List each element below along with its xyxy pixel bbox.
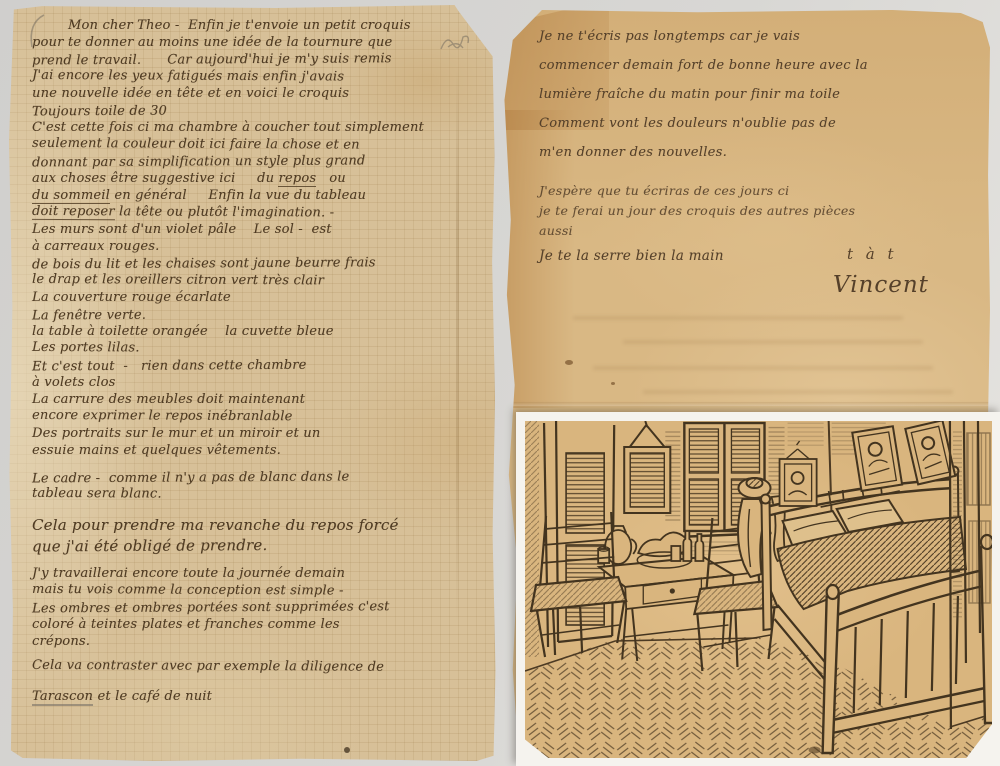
sketch-door <box>544 421 614 647</box>
handwriting-line: J'ai encore les yeux fatigués mais enfin… <box>32 67 484 86</box>
handwriting-line: aux choses être suggestive ici du repos … <box>32 170 484 187</box>
handwriting-line: une nouvelle idée en tête et en voici le… <box>32 85 484 102</box>
handwriting-line: Les murs sont d'un violet pâle Le sol - … <box>32 221 484 238</box>
handwriting-line: La fenêtre verte. <box>32 305 484 325</box>
handwriting-line: lumière fraîche du matin pour finir ma t… <box>539 80 978 109</box>
ink-bleedthrough <box>593 366 933 370</box>
pencil-underlined-word: Tarascon <box>32 689 93 706</box>
letter-scan: Mon cher Theo - Enfin je t'envoie un pet… <box>0 0 1000 766</box>
handwriting-line: C'est cette fois ci ma chambre à coucher… <box>32 119 484 136</box>
handwriting-line: Comment vont les douleurs n'oublie pas d… <box>539 109 978 138</box>
fold-crease <box>503 402 990 406</box>
signature-block: t à t Vincent <box>833 244 929 300</box>
handwriting-line: La carrure des meubles doit maintenant <box>32 391 484 408</box>
ink-spot <box>344 747 350 753</box>
signoff-tat: t à t <box>847 244 929 264</box>
handwriting-line: Tarascon et le café de nuit <box>32 688 484 705</box>
handwriting-line: tableau sera blanc. <box>32 485 484 504</box>
sketch-portrait-tilted-2 <box>905 421 955 484</box>
handwriting-line: J'y travaillerai encore toute la journée… <box>32 565 484 582</box>
handwriting-line: doit reposer la tête ou plutôt l'imagina… <box>32 203 484 222</box>
bedroom-sketch-drawing <box>525 421 992 758</box>
sketch-hanging-frame <box>624 421 670 513</box>
paper-stain <box>565 360 573 365</box>
underlined-word: repos <box>278 171 316 187</box>
handwriting-line: Cela pour prendre ma revanche du repos f… <box>32 515 484 535</box>
sketch-portrait-tilted-1 <box>852 426 902 491</box>
handwriting-line: coloré à teintes plates et franches comm… <box>32 616 484 633</box>
letter-paragraph: J'espère que tu écriras de ces jours ci … <box>539 181 978 241</box>
handwriting-line: J'espère que tu écriras de ces jours ci <box>539 181 978 201</box>
handwriting-line: encore exprimer le repos inébranlable <box>32 407 484 426</box>
handwriting-segment: la tête ou plutôt l'imagination. - <box>115 204 335 220</box>
handwriting-line: Cela va contraster avec par exemple la d… <box>32 657 484 676</box>
handwriting-line: donnant par sa simplification un style p… <box>32 152 484 172</box>
sketch-floor-smudge <box>809 747 821 754</box>
underlined-word: doit reposer <box>32 204 115 220</box>
letter-text-page1: Mon cher Theo - Enfin je t'envoie un pet… <box>32 17 484 705</box>
handwriting-line: essuie mains et quelques vêtements. <box>32 442 484 459</box>
handwriting-segment: en général Enfin la vue du tableau <box>110 188 366 203</box>
handwriting-line: Toujours toile de 30 <box>32 101 484 121</box>
handwriting-segment: ou <box>316 171 346 186</box>
handwriting-line: pour te donner au moins une idée de la t… <box>32 34 484 51</box>
handwriting-segment: aux choses être suggestive ici du <box>32 171 278 186</box>
handwriting-line: du sommeil en général Enfin la vue du ta… <box>32 187 484 204</box>
handwriting-line: commencer demain fort de bonne heure ave… <box>539 51 978 80</box>
sketch-floor <box>525 637 992 758</box>
handwriting-line: La couverture rouge écarlate <box>32 289 484 306</box>
handwriting-line: Des portraits sur le mur et un miroir et… <box>32 425 484 442</box>
handwriting-line: Mon cher Theo - Enfin je t'envoie un pet… <box>68 17 484 34</box>
handwriting-line: à carreaux rouges. <box>32 238 484 255</box>
sketch-portrait-small <box>780 441 817 506</box>
handwriting-line: le drap et les oreillers citron vert trè… <box>32 271 484 290</box>
ink-bleedthrough <box>623 340 923 344</box>
handwriting-line: je te ferai un jour des croquis des autr… <box>539 201 978 221</box>
handwriting-line: aussi <box>539 221 978 241</box>
handwriting-line: Les ombres et ombres portées sont suppri… <box>32 598 484 618</box>
handwriting-line: Je ne t'écris pas longtemps car je vais <box>539 22 978 51</box>
paper-stain <box>611 382 615 385</box>
bedroom-sketch-paper <box>525 421 992 758</box>
letter-page-left: Mon cher Theo - Enfin je t'envoie un pet… <box>8 5 496 761</box>
handwriting-line: Et c'est tout - rien dans cette chambre <box>32 356 484 376</box>
signature-vincent: Vincent <box>833 270 929 300</box>
handwriting-line: à volets clos <box>32 374 484 391</box>
bedroom-sketch-inset <box>516 412 1000 766</box>
handwriting-segment: et le café de nuit <box>93 689 212 704</box>
handwriting-line: la table à toilette orangée la cuvette b… <box>32 323 484 340</box>
ink-bleedthrough <box>573 316 903 320</box>
handwriting-line: m'en donner des nouvelles. <box>539 138 978 167</box>
letter-text-page2: Je ne t'écris pas longtemps car je vais … <box>539 22 978 269</box>
handwriting-line: crépons. <box>32 633 484 650</box>
ink-bleedthrough <box>643 390 953 394</box>
handwriting-line: que j'ai été obligé de prendre. <box>32 534 484 557</box>
underlined-word: du sommeil <box>32 188 110 204</box>
